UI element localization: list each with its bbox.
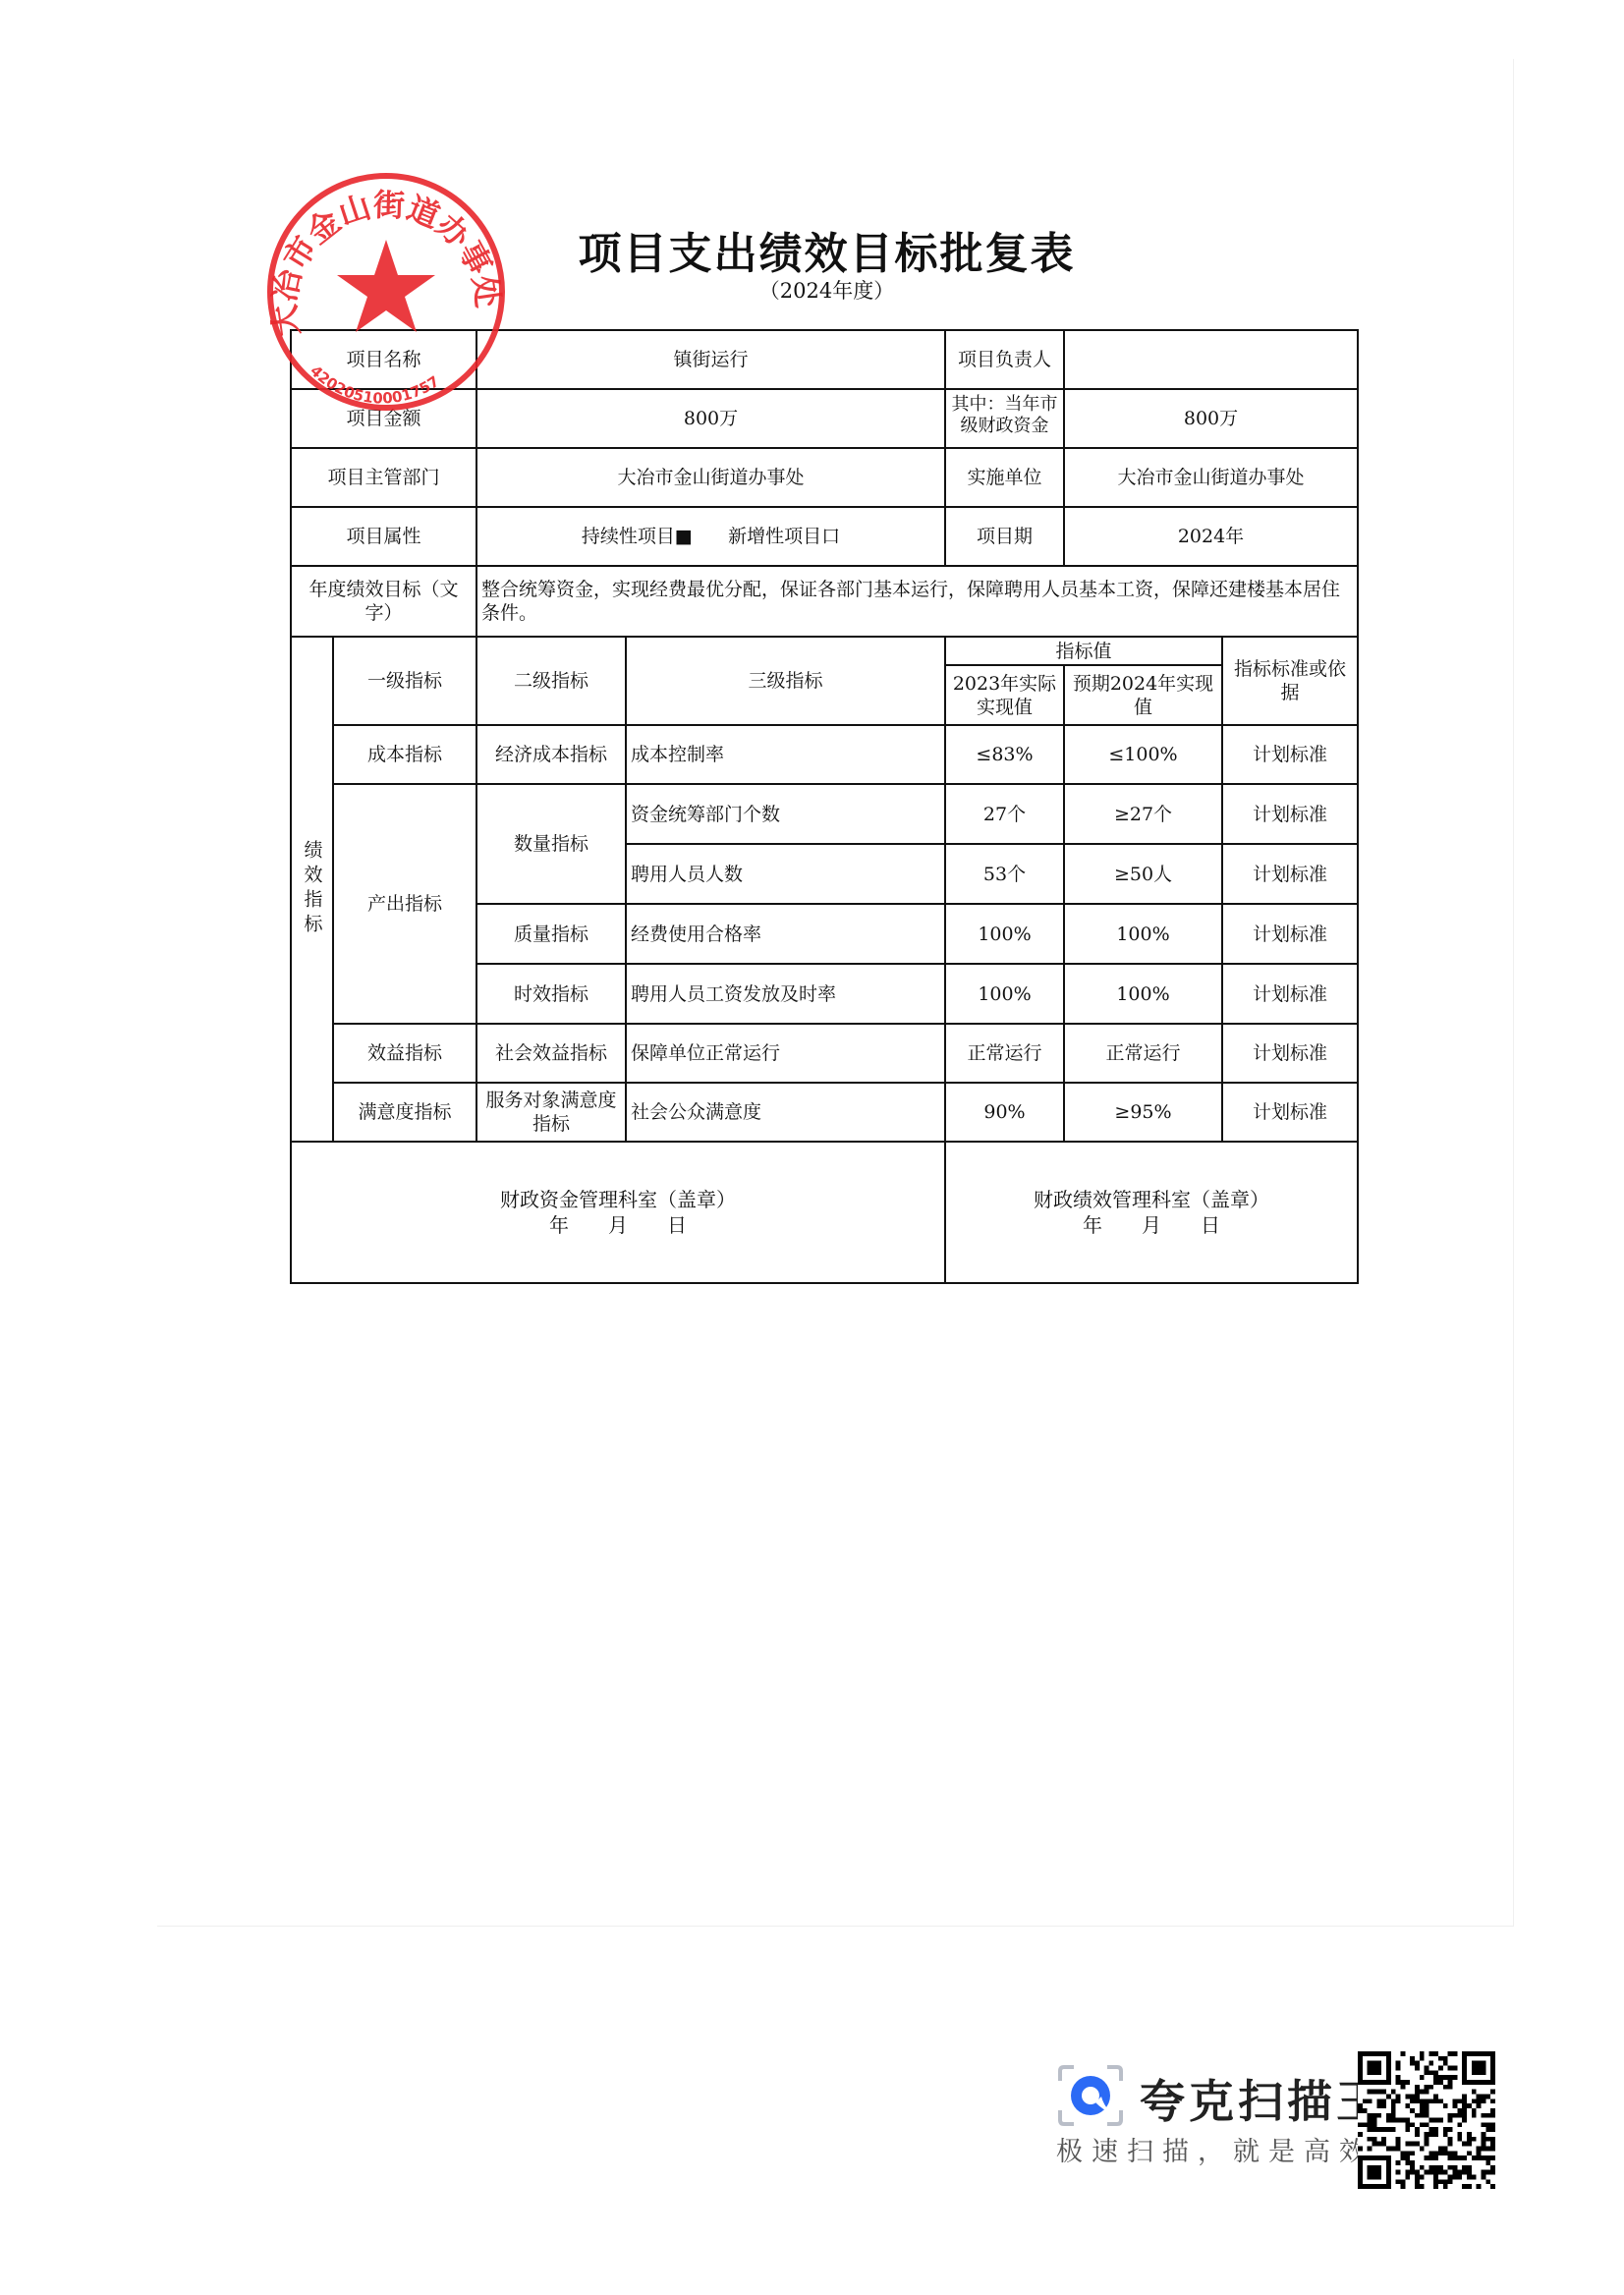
owner-value	[1063, 329, 1359, 390]
expected-2024-cell: 100%	[1063, 903, 1223, 965]
signature-finance-fund: 财政资金管理科室（盖章） 年 月 日	[290, 1141, 946, 1284]
basis-cell: 计划标准	[1221, 843, 1359, 905]
level2-quality: 质量指标	[476, 903, 627, 965]
actual-2023-cell: 90%	[944, 1082, 1065, 1143]
level3-cell: 聘用人员工资发放及时率	[625, 963, 946, 1025]
finance-performance-office: 财政绩效管理科室（盖章）	[1034, 1187, 1269, 1212]
header-level3: 三级指标	[625, 636, 946, 726]
dept-label: 项目主管部门	[290, 447, 477, 508]
quark-logo-icon	[1056, 2063, 1125, 2128]
attr-label: 项目属性	[290, 506, 477, 567]
level2-social-benefit: 社会效益指标	[476, 1023, 627, 1084]
level3-cell: 社会公众满意度	[625, 1082, 946, 1143]
project-name-label: 项目名称	[290, 329, 477, 390]
signature-finance-performance: 财政绩效管理科室（盖章） 年 月 日	[944, 1141, 1359, 1284]
goal-label: 年度绩效目标（文字）	[290, 565, 477, 638]
finance-performance-date: 年 月 日	[1083, 1212, 1220, 1238]
header-level2: 二级指标	[476, 636, 627, 726]
dept-value: 大冶市金山街道办事处	[476, 447, 946, 508]
actual-2023-cell: 27个	[944, 783, 1065, 845]
unit-label: 实施单位	[944, 447, 1065, 508]
fiscal-value: 800万	[1063, 388, 1359, 449]
level3-cell: 经费使用合格率	[625, 903, 946, 965]
level3-cell: 资金统筹部门个数	[625, 783, 946, 845]
qr-code-icon	[1358, 2051, 1495, 2189]
level1-output: 产出指标	[332, 783, 477, 1025]
level3-cell: 成本控制率	[625, 724, 946, 785]
expected-2024-cell: ≤100%	[1063, 724, 1223, 785]
basis-cell: 计划标准	[1221, 903, 1359, 965]
header-actual-2023: 2023年实际实现值	[944, 664, 1065, 726]
finance-fund-office: 财政资金管理科室（盖章）	[500, 1187, 736, 1212]
header-level1: 一级指标	[332, 636, 477, 726]
level3-cell: 保障单位正常运行	[625, 1023, 946, 1084]
brand-slogan: 极速扫描，就是高效	[1056, 2130, 1374, 2168]
amount-label: 项目金额	[290, 388, 477, 449]
unit-value: 大冶市金山街道办事处	[1063, 447, 1359, 508]
header-expected-2024: 预期2024年实现值	[1063, 664, 1223, 726]
indicators-side-label: 绩效指标	[290, 636, 334, 1143]
expected-2024-cell: 正常运行	[1063, 1023, 1223, 1084]
actual-2023-cell: ≤83%	[944, 724, 1065, 785]
project-name-value: 镇街运行	[476, 329, 946, 390]
expected-2024-cell: 100%	[1063, 963, 1223, 1025]
level2-economic-cost: 经济成本指标	[476, 724, 627, 785]
level3-cell: 聘用人员人数	[625, 843, 946, 905]
period-label: 项目期	[944, 506, 1065, 567]
brand-name: 夸克扫描王	[1140, 2066, 1385, 2131]
finance-fund-date: 年 月 日	[549, 1212, 687, 1238]
basis-cell: 计划标准	[1221, 963, 1359, 1025]
fiscal-label: 其中：当年市级财政资金	[944, 388, 1065, 449]
basis-cell: 计划标准	[1221, 724, 1359, 785]
level1-satisfaction: 满意度指标	[332, 1082, 477, 1143]
actual-2023-cell: 53个	[944, 843, 1065, 905]
period-value: 2024年	[1063, 506, 1359, 567]
basis-cell: 计划标准	[1221, 1023, 1359, 1084]
basis-cell: 计划标准	[1221, 1082, 1359, 1143]
header-basis: 指标标准或依据	[1221, 636, 1359, 726]
level2-quantity: 数量指标	[476, 783, 627, 905]
actual-2023-cell: 正常运行	[944, 1023, 1065, 1084]
actual-2023-cell: 100%	[944, 903, 1065, 965]
level1-cost: 成本指标	[332, 724, 477, 785]
actual-2023-cell: 100%	[944, 963, 1065, 1025]
amount-value: 800万	[476, 388, 946, 449]
expected-2024-cell: ≥50人	[1063, 843, 1223, 905]
expected-2024-cell: ≥27个	[1063, 783, 1223, 845]
expected-2024-cell: ≥95%	[1063, 1082, 1223, 1143]
basis-cell: 计划标准	[1221, 783, 1359, 845]
goal-value: 整合统筹资金，实现经费最优分配，保证各部门基本运行，保障聘用人员基本工资，保障还…	[476, 565, 1359, 638]
attr-value: 持续性项目■ 新增性项目口	[476, 506, 946, 567]
level1-benefit: 效益指标	[332, 1023, 477, 1084]
level2-service-satisfaction: 服务对象满意度指标	[476, 1082, 627, 1143]
approval-table: 项目名称 镇街运行 项目负责人 项目金额 800万 其中：当年市级财政资金 80…	[0, 0, 1624, 2295]
header-values-group: 指标值	[944, 636, 1223, 666]
owner-label: 项目负责人	[944, 329, 1065, 390]
level2-timeliness: 时效指标	[476, 963, 627, 1025]
